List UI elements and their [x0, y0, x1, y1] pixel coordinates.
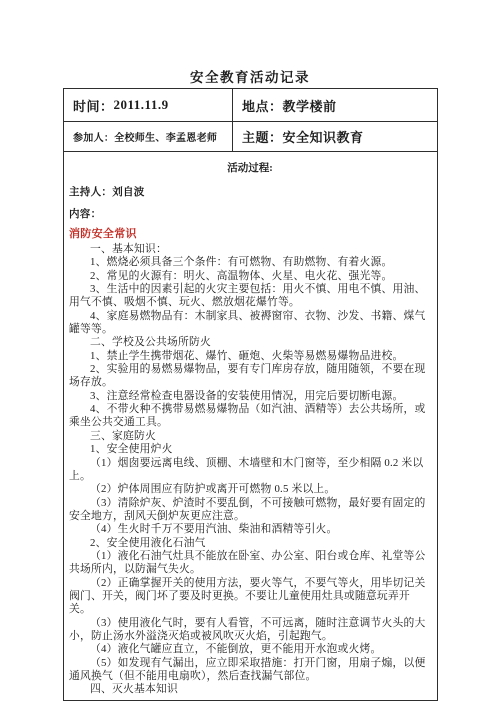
topic-cell: 主题：安全知识教育 — [233, 122, 437, 151]
content-paragraph: （4）生火时千万不要用汽油、柴油和酒精等引火。 — [69, 523, 431, 536]
content-paragraph: （2）炉体周围应有防护或离开可燃物 0.5 米以上。 — [69, 483, 431, 496]
content-paragraph: （4）液化气罐应直立，不能倒放，更不能用开水泡或火烤。 — [69, 643, 431, 656]
table-row-time-location: 时间：2011.11.9 地点：教学楼前 — [64, 89, 437, 122]
location-label: 地点： — [242, 96, 283, 115]
topic-label: 主题： — [242, 127, 283, 146]
content-paragraph: 2、安全使用液化石油气 — [69, 537, 431, 550]
content-paragraph: （3）清除炉灰、炉渣时不要乱倒，不可接触可燃物，最好要有固定的安全地方，刮风天倒… — [69, 497, 431, 524]
table-row-participants-topic: 参加人：全校师生、李孟恩老师 主题：安全知识教育 — [64, 122, 437, 152]
content-paragraph: 一、基本知识： — [69, 243, 431, 256]
content-paragraph: 1、燃烧必须具备三个条件：有可燃物、有助燃物、有着火源。 — [69, 256, 431, 269]
location-cell: 地点：教学楼前 — [233, 89, 437, 121]
content-paragraph: 四、灭火基本知识 — [69, 683, 431, 696]
content-paragraph: 4、家庭易燃物品有：木制家具、被褥窗帘、衣物、沙发、书籍、煤气罐等等。 — [69, 310, 431, 337]
content-paragraph: 三、家庭防火 — [69, 430, 431, 443]
section-title: 消防安全常识 — [69, 225, 431, 241]
content-paragraph: 2、实验用的易燃易爆物品，要有专门库房存放，随用随领，不要在现场存放。 — [69, 363, 431, 390]
content-paragraph: （1）烟囱要远离电线、顶棚、木墙壁和木门窗等，至少相隔 0.2 米以上。 — [69, 457, 431, 484]
content-paragraph: 1、安全使用炉火 — [69, 443, 431, 456]
content-paragraph: 2、常见的火源有：明火、高温物体、火星、电火花、强光等。 — [69, 270, 431, 283]
time-label: 时间： — [73, 96, 114, 115]
content-paragraph: 4、不带火种不携带易燃易爆物品（如汽油、酒精等）去公共场所，或乘坐公共交通工具。 — [69, 403, 431, 430]
content-paragraph: 3、生活中的因素引起的火灾主要包括：用火不慎、用电不慎、用油、用气不慎、吸烟不慎… — [69, 283, 431, 310]
record-table: 时间：2011.11.9 地点：教学楼前 参加人：全校师生、李孟恩老师 主题：安… — [63, 88, 438, 701]
content-label: 内容： — [69, 206, 431, 221]
content-paragraph: 二、学校及公共场所防火 — [69, 336, 431, 349]
content-paragraph: 3、注意经常检查电器设备的安装使用情况，用完后要切断电源。 — [69, 390, 431, 403]
content-paragraph: （5）如发现有气漏出，应立即采取措施：打开门窗，用扇子煽，以便通风换气（但不能用… — [69, 657, 431, 684]
content-paragraph: （3）使用液化气时，要有人看管，不可远离，随时注意调节火头的大小，防止汤水外溢浇… — [69, 617, 431, 644]
content-paragraph: （1）液化石油气灶具不能放在卧室、办公室、阳台或仓库、礼堂等公共场所内，以防漏气… — [69, 550, 431, 577]
content-paragraphs: 一、基本知识：1、燃烧必须具备三个条件：有可燃物、有助燃物、有着火源。2、常见的… — [69, 243, 431, 697]
host-line: 主持人：刘自波 — [69, 184, 431, 199]
host-label: 主持人： — [69, 187, 112, 198]
content-paragraph: 1、禁止学生携带烟花、爆竹、砸炮、火柴等易燃易爆物品进校。 — [69, 350, 431, 363]
time-cell: 时间：2011.11.9 — [64, 89, 233, 121]
location-value: 教学楼前 — [283, 96, 337, 115]
participants-label: 参加人： — [73, 129, 114, 144]
document-title: 安全教育活动记录 — [0, 66, 500, 86]
host-value: 刘自波 — [112, 187, 144, 198]
content-paragraph: （2）正确掌握开关的使用方法，要火等气，不要气等火，用毕切记关阀门、开关，阀门坏… — [69, 577, 431, 617]
topic-value: 安全知识教育 — [283, 127, 364, 146]
participants-cell: 参加人：全校师生、李孟恩老师 — [64, 122, 233, 151]
participants-value: 全校师生、李孟恩老师 — [114, 129, 217, 144]
time-value: 2011.11.9 — [114, 97, 169, 113]
document-page: 安全教育活动记录 时间：2011.11.9 地点：教学楼前 参加人：全校师生、李… — [0, 0, 500, 707]
process-header: 活动过程: — [69, 160, 431, 175]
activity-content-cell: 活动过程: 主持人：刘自波 内容： 消防安全常识 一、基本知识：1、燃烧必须具备… — [64, 152, 437, 700]
